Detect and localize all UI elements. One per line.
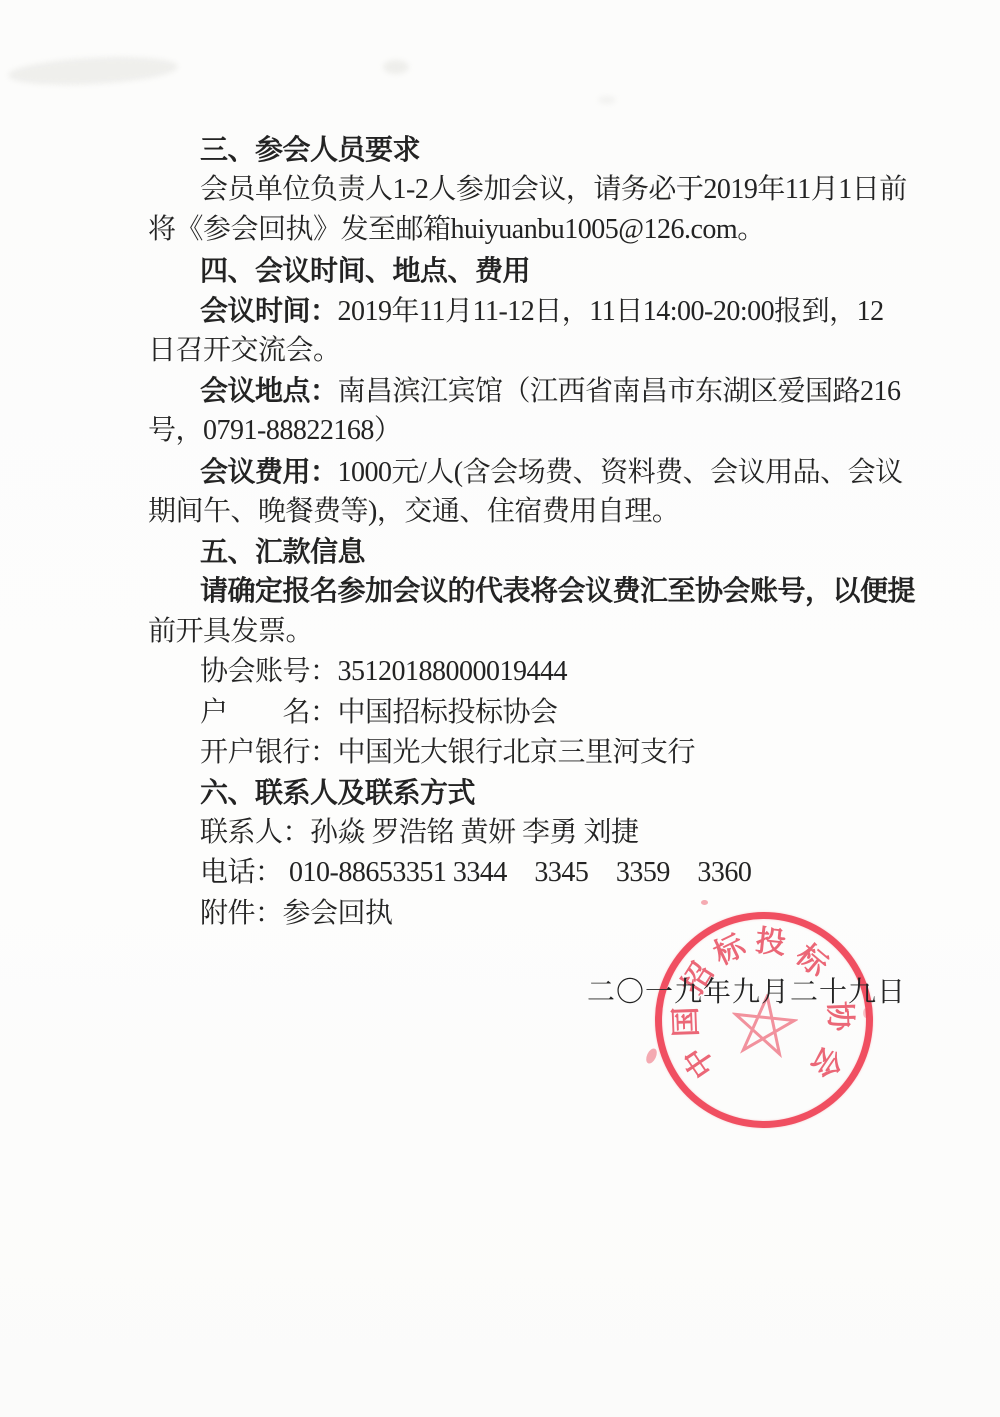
scan-smudge bbox=[7, 54, 178, 89]
contacts-line: 联系人：孙焱 罗浩铭 黄妍 李勇 刘捷 bbox=[148, 813, 893, 853]
section-4-heading: 四、会议时间、地点、费用 bbox=[148, 251, 893, 291]
meeting-fee-value: 1000元/人(含会场费、资料费、会议用品、会议 bbox=[338, 457, 903, 488]
body-line: 请确定报名参加会议的代表将会议费汇至协会账号，以便提 bbox=[148, 572, 893, 612]
section-6-heading: 六、联系人及联系方式 bbox=[148, 773, 893, 813]
meeting-time-label: 会议时间： bbox=[200, 295, 338, 326]
date-line: 二〇一九年九月二十九日 bbox=[587, 976, 906, 1010]
section-3-heading: 三、参会人员要求 bbox=[148, 130, 893, 170]
account-number-line: 协会账号：35120188000019444 bbox=[148, 652, 893, 692]
seal-char: 国 bbox=[661, 1006, 706, 1038]
meeting-place-label: 会议地点： bbox=[200, 375, 338, 406]
phone-line: 电话： 010-88653351 3344 3345 3359 3360 bbox=[148, 853, 893, 893]
official-seal: 中 国 招 标 投 标 协 会 bbox=[655, 912, 873, 1128]
meeting-place-line: 会议地点：南昌滨江宾馆（江西省南昌市东湖区爱国路216 bbox=[148, 371, 893, 411]
attachment-line: 附件：参会回执 bbox=[148, 894, 893, 934]
document-body: 三、参会人员要求 会员单位负责人1-2人参加会议，请务必于2019年11月1日前… bbox=[148, 130, 893, 934]
meeting-time-value: 2019年11月11-12日，11日14:00-20:00报到，12 bbox=[338, 296, 884, 327]
body-line: 日召开交流会。 bbox=[148, 331, 893, 371]
account-name-line: 户 名：中国招标投标协会 bbox=[148, 693, 893, 733]
meeting-time-line: 会议时间：2019年11月11-12日，11日14:00-20:00报到，12 bbox=[148, 291, 893, 331]
meeting-place-value: 南昌滨江宾馆（江西省南昌市东湖区爱国路216 bbox=[338, 376, 901, 407]
body-line: 会员单位负责人1-2人参加会议，请务必于2019年11月1日前 bbox=[148, 170, 893, 210]
section-5-heading: 五、汇款信息 bbox=[148, 532, 893, 572]
body-line: 号，0791-88822168） bbox=[148, 411, 893, 451]
meeting-fee-label: 会议费用： bbox=[200, 456, 338, 487]
scan-smudge bbox=[598, 96, 616, 104]
document-page: 三、参会人员要求 会员单位负责人1-2人参加会议，请务必于2019年11月1日前… bbox=[0, 0, 1000, 1417]
body-line: 前开具发票。 bbox=[148, 612, 893, 652]
scan-smudge bbox=[383, 60, 409, 74]
body-line: 将《参会回执》发至邮箱huiyuanbu1005@126.com。 bbox=[148, 210, 893, 250]
bank-line: 开户银行：中国光大银行北京三里河支行 bbox=[148, 733, 893, 773]
ink-speck bbox=[644, 1047, 659, 1065]
meeting-fee-line: 会议费用：1000元/人(含会场费、资料费、会议用品、会议 bbox=[148, 452, 893, 492]
body-line: 期间午、晚餐费等)，交通、住宿费用自理。 bbox=[148, 492, 893, 532]
